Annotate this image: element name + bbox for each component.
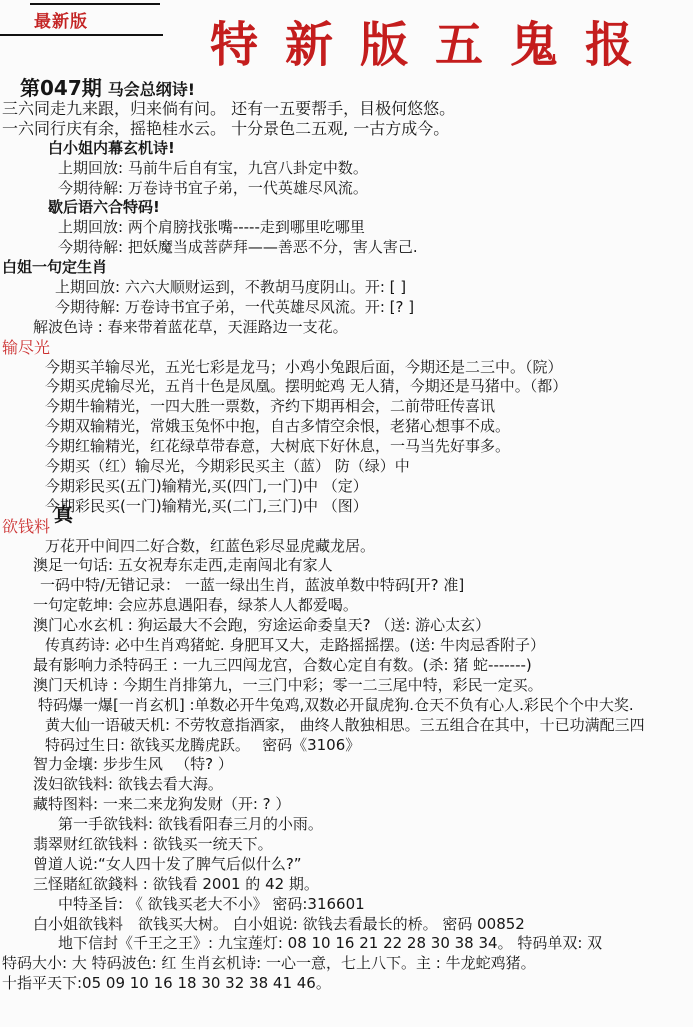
issue-heading-line: 第047期马会总纲诗! [20, 78, 693, 99]
text-line: 上期回放: 马前牛后自有宝，九宫八卦定中数。 [58, 159, 693, 179]
text-line: 传真药诗: 必中生肖鸡猪蛇. 身肥耳又大，走路摇摇摆。(送: 牛肉忌香附子） [45, 636, 693, 656]
issue-heading: 马会总纲诗! [108, 80, 195, 99]
text-line: 今期买虎输尽光，五肖十色是凤凰。摆明蛇鸡 无人猜，今期还是马猪中。（都） [45, 377, 693, 397]
page-title: 特新版五鬼报 [210, 6, 660, 75]
masthead: 最新版 特新版五鬼报 [0, 0, 693, 78]
footer-line: 特码大小: 大 特码波色: 红 生肖玄机诗: 一心一意，七上八下。主 : 牛龙蛇… [2, 954, 693, 974]
issue-number: 第047期 [20, 76, 102, 100]
text-line: 今期待解: 万卷诗书宜子弟，一代英雄尽风流。开: [? ] [55, 298, 693, 318]
text-line: 解波色诗 : 春来带着蓝花草，天涯路边一支花。 [33, 318, 693, 338]
text-line: 一句定乾坤: 会应苏息遇阳春，绿茶人人都爱喝。 [33, 596, 693, 616]
section-heading-baixiaojie: 白小姐内幕玄机诗! [48, 139, 693, 159]
bottom-rule [0, 34, 163, 36]
text-line: 藏特图料: 一来二来龙狗发财（开: ? ） [33, 795, 693, 815]
edition-label: 最新版 [34, 7, 88, 32]
section-heading-shujinguang: 输尽光 [2, 338, 693, 358]
text-line: 上期回放: 两个肩膀找张嘴-----走到哪里吃哪里 [58, 218, 693, 238]
text-line: 上期回放: 六六大顺财运到，不教胡马度阴山。开: [ ] [55, 278, 693, 298]
section-heading-yuqianliao: 欲钱料 真 [2, 517, 693, 537]
text-line: 泼妇欲钱料: 欲钱去看大海。 [33, 775, 693, 795]
text-line: 一码中特/无错记录： 一蓝一绿出生肖，蓝波单数中特码[开? 准] [40, 576, 693, 596]
text-line: 曾道人说:“女人四十发了脾气后似什么?” [33, 855, 693, 875]
text-line: 今期彩民买(五门)输精光,买(四门,一门)中 （定） [45, 477, 693, 497]
poem-line: 三六同走九来跟，归来倘有问。 还有一五要帮手，目极何悠悠。 [2, 99, 693, 119]
text-line: 今期红输精光，红花绿草带春意，大树底下好休息，一马当先好事多。 [45, 437, 693, 457]
text-line: 特码爆一爆[一肖玄机] :单数必开牛兔鸡,双数必开鼠虎狗.仓天不负有心人.彩民个… [38, 696, 693, 716]
text-line: 最有影响力杀特码王 : 一九三四闯龙宫，合数心定自有数。(杀: 猪 蛇-----… [33, 656, 693, 676]
text-line: 黄大仙一语破天机: 不劳牧意指酒家， 曲终人散独相思。三五组合在其中，十已功满配… [45, 716, 693, 736]
section-heading-baijie: 白姐一句定生肖 [2, 258, 693, 278]
text-line: 今期买羊输尽光，五光七彩是龙马；小鸡小兔跟后面，今期还是二三中。（院） [45, 358, 693, 378]
section-heading-xiehouyu: 歇后语六合特码! [48, 198, 693, 218]
text-line: 澳门心水玄机 : 狗运最大不会跑，穷途运命委皇天? （送: 游心太玄） [33, 616, 693, 636]
top-rule [30, 3, 160, 5]
poem-line: 一六同行庆有余，摇艳桂水云。 十分景色二五观, 一古方成今。 [2, 119, 693, 139]
document-body: 第047期马会总纲诗! 三六同走九来跟，归来倘有问。 还有一五要帮手，目极何悠悠… [0, 78, 693, 994]
text-line: 今期买（红）输尽光，今期彩民买主（蓝） 防（绿）中 [45, 457, 693, 477]
text-line: 澳足一句话: 五女祝寿东走西,走南闯北有家人 [33, 556, 693, 576]
text-line: 今期待解: 把妖魔当成菩萨拜——善恶不分，害人害己. [58, 238, 693, 258]
text-line: 白小姐欲钱料 欲钱买大树。 白小姐说: 欲钱去看最长的桥。 密码 00852 [33, 915, 693, 935]
text-line: 地下信封《千王之王》: 九宝莲灯: 08 10 16 21 22 28 30 3… [58, 934, 693, 954]
overlay-character: 真 [54, 506, 73, 526]
text-line: 今期待解: 万卷诗书宜子弟，一代英雄尽风流。 [58, 179, 693, 199]
text-line: 万花开中间四二好合数，红蓝色彩尽显虎藏龙居。 [45, 537, 693, 557]
text-line: 三怪賭紅欲錢料 : 欲钱看 2001 的 42 期。 [33, 875, 693, 895]
text-line: 今期彩民买(一门)输精光,买(二门,三门)中 （图） [45, 497, 693, 517]
text-line: 智力金壤: 步步生风 （特? ） [33, 755, 693, 775]
text-line: 中特圣旨: 《 欲钱买老大不小》 密码:316601 [58, 895, 693, 915]
text-line: 翡翠财红欲钱料 : 欲钱买一统天下。 [33, 835, 693, 855]
text-line: 第一手欲钱料: 欲钱看阳春三月的小雨。 [58, 815, 693, 835]
text-line: 特码过生日: 欲钱买龙腾虎跃。 密码《3106》 [45, 736, 693, 756]
footer-line: 十指平天下:05 09 10 16 18 30 32 38 41 46。 [2, 974, 693, 994]
text-line: 澳门天机诗 : 今期生肖排第九，一三门中彩；零一二三尾中特，彩民一定买。 [33, 676, 693, 696]
text-line: 今期牛输精光，一四大胜一票数，齐约下期再相会，二前带旺传喜讯 [45, 397, 693, 417]
newspaper-page: 最新版 特新版五鬼报 第047期马会总纲诗! 三六同走九来跟，归来倘有问。 还有… [0, 0, 693, 1027]
text-line: 今期双输精光，常娥玉兔怀中抱，自古多情空余恨，老猪心想事不成。 [45, 417, 693, 437]
section-heading-label: 欲钱料 [2, 517, 50, 536]
